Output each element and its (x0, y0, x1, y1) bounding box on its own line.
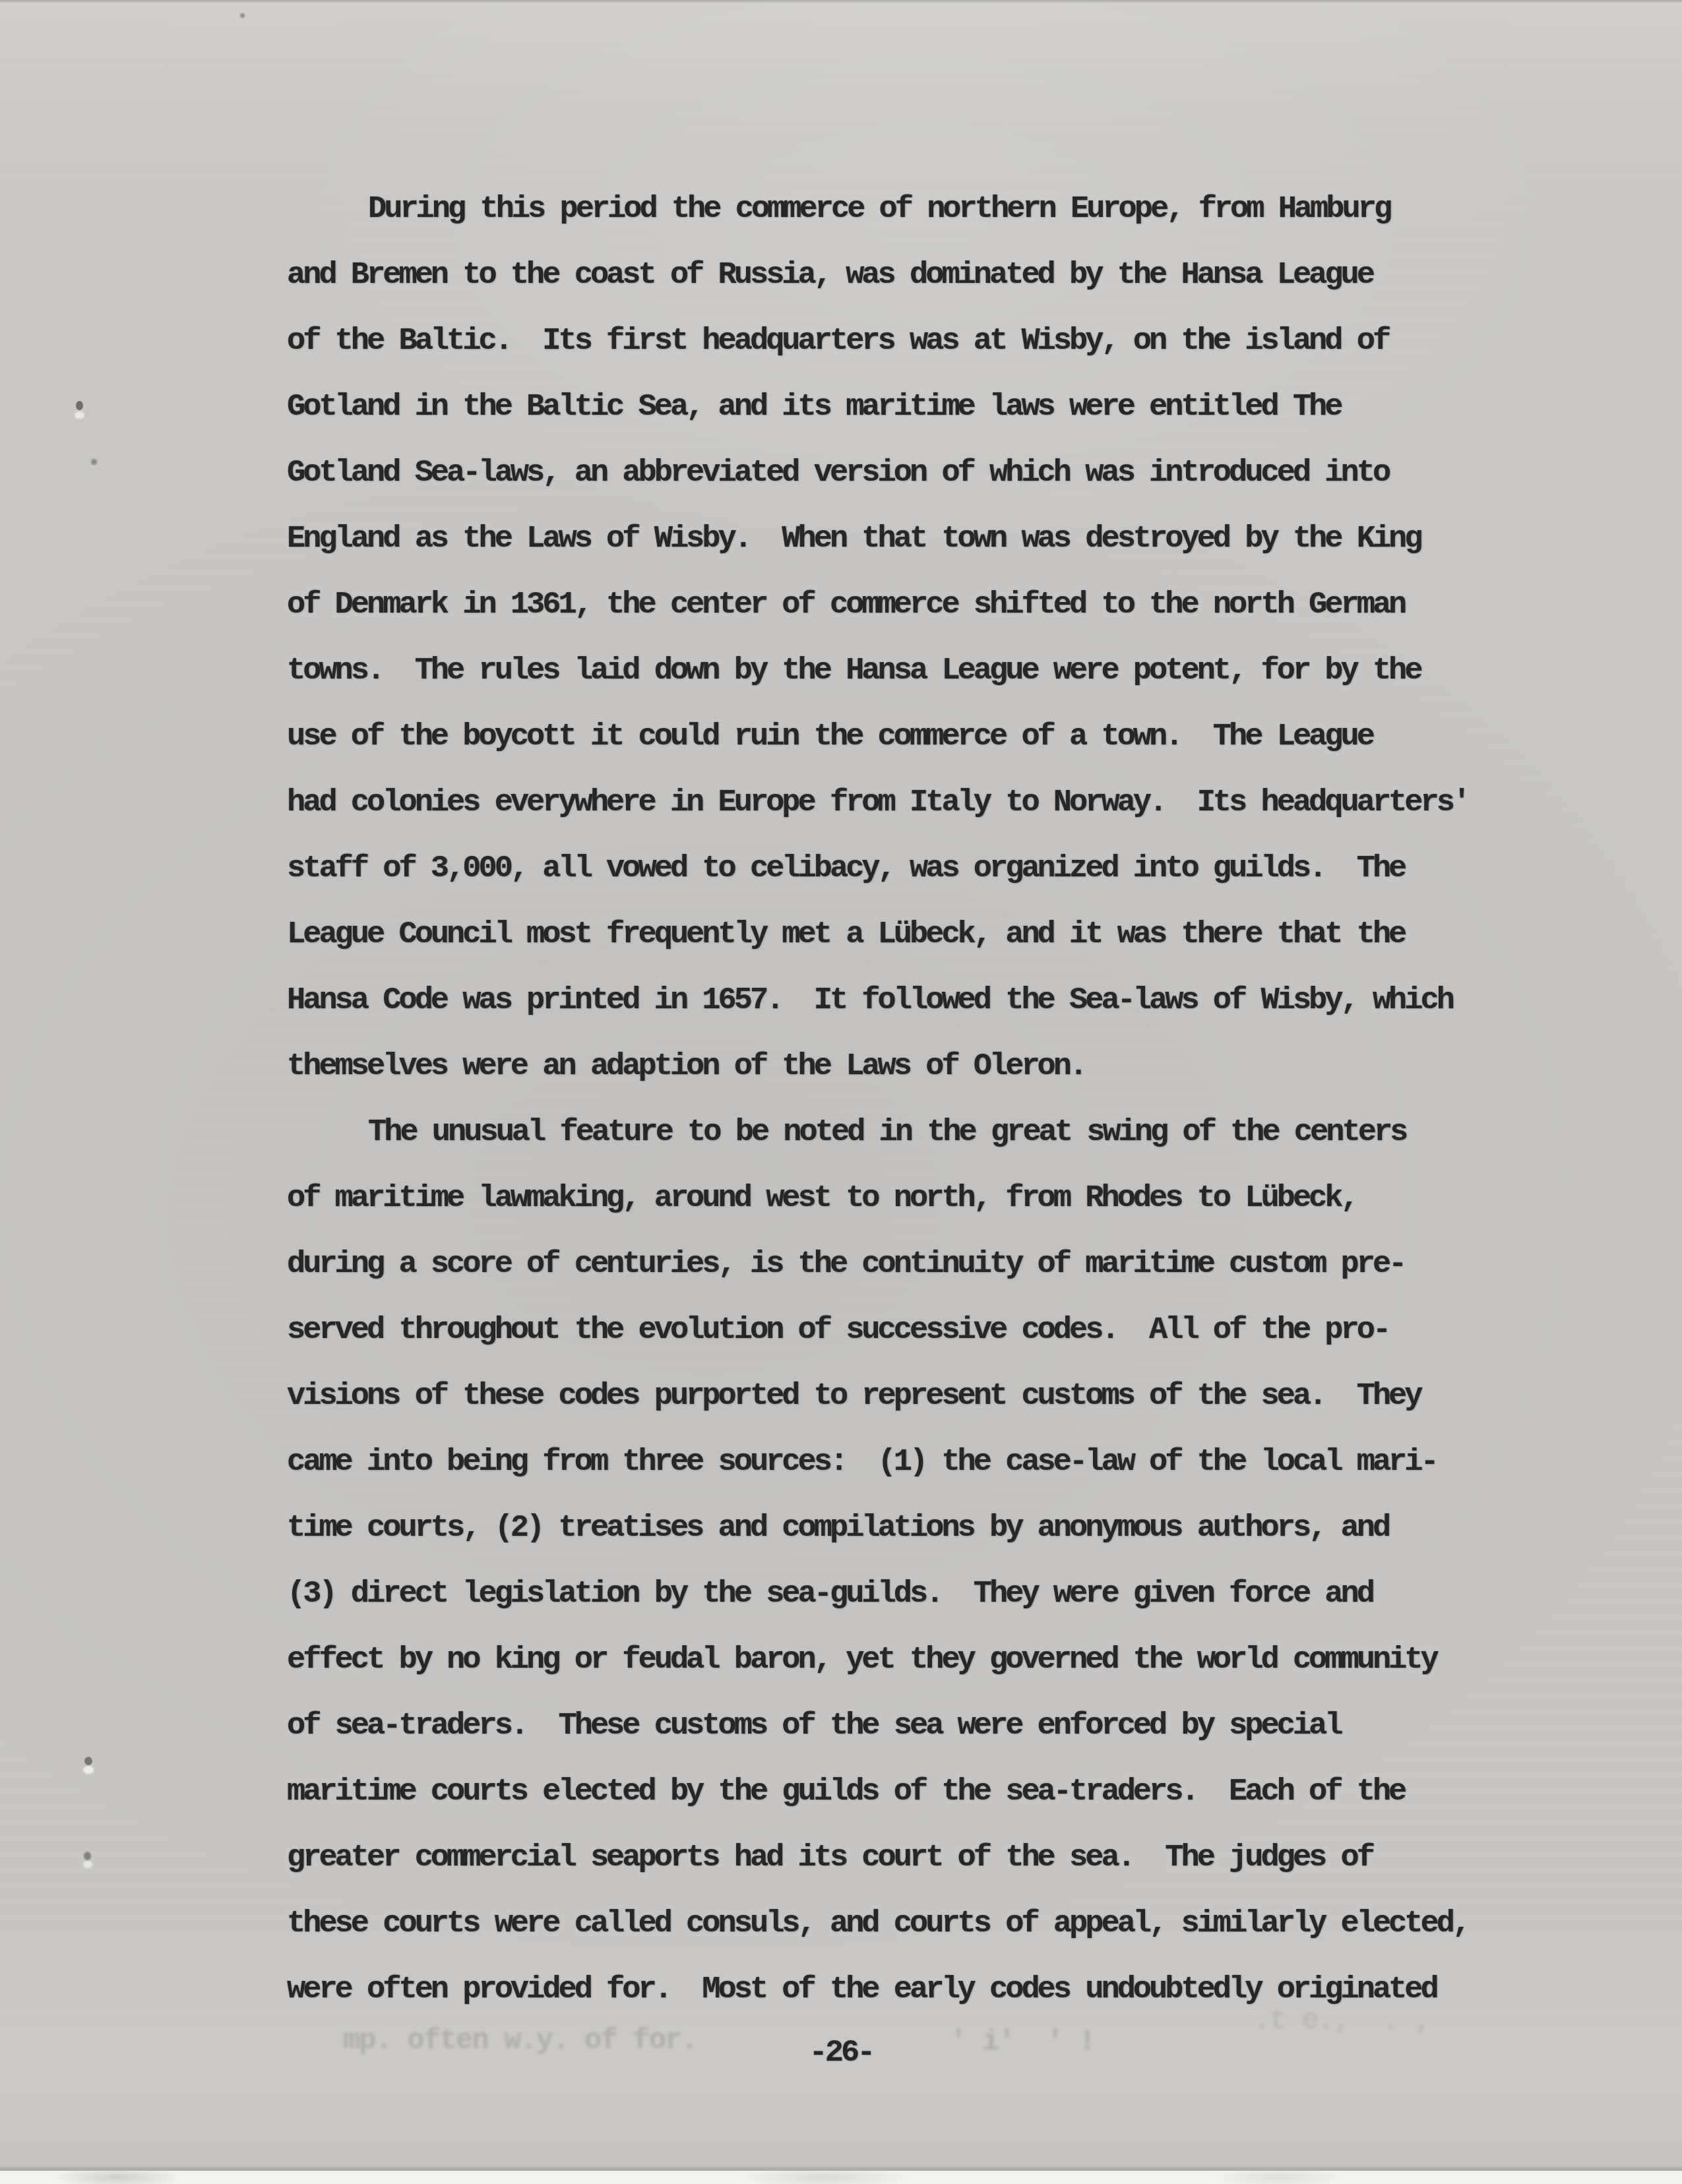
text-line: visions of these codes purported to repr… (287, 1364, 1487, 1430)
text-line: greater commercial seaports had its cour… (287, 1825, 1487, 1891)
paper-speck (84, 1852, 91, 1860)
text-line: effect by no king or feudal baron, yet t… (287, 1627, 1487, 1693)
paper-speck (83, 1766, 94, 1774)
text-line: maritime courts elected by the guilds of… (287, 1759, 1487, 1825)
text-line: towns. The rules laid down by the Hansa … (287, 638, 1487, 704)
text-line: of the Baltic. Its first headquarters wa… (287, 309, 1487, 375)
paper-speck (91, 459, 97, 465)
text-line: Gotland Sea-laws, an abbreviated version… (287, 440, 1487, 506)
bleed-through-mark: mp. often w.y. of for. (343, 2024, 697, 2057)
paper-speck (84, 1757, 92, 1765)
scanner-background-strip (0, 2171, 1682, 2184)
text-line: England as the Laws of Wisby. When that … (287, 506, 1487, 572)
text-line: and Bremen to the coast of Russia, was d… (287, 243, 1487, 309)
document-page: During this period the commerce of north… (0, 0, 1682, 2184)
paper-speck (83, 1861, 92, 1868)
text-line: had colonies everywhere in Europe from I… (287, 770, 1487, 836)
text-line: use of the boycott it could ruin the com… (287, 704, 1487, 770)
typewritten-text-block: During this period the commerce of north… (287, 177, 1487, 2086)
text-line: of sea-traders. These customs of the sea… (287, 1693, 1487, 1759)
text-line: these courts were called consuls, and co… (287, 1891, 1487, 1957)
paper-speck (75, 411, 84, 419)
bleed-through-mark: ' i' ' ! (950, 2026, 1095, 2059)
text-line: came into being from three sources: (1) … (287, 1430, 1487, 1496)
text-line: During this period the commerce of north… (287, 177, 1487, 243)
text-line: Gotland in the Baltic Sea, and its marit… (287, 375, 1487, 440)
text-line: staff of 3,000, all vowed to celibacy, w… (287, 836, 1487, 902)
text-line: Hansa Code was printed in 1657. It follo… (287, 968, 1487, 1034)
text-line: (3) direct legislation by the sea-guilds… (287, 1562, 1487, 1627)
text-line: League Council most frequently met a Lüb… (287, 902, 1487, 968)
text-line: of maritime lawmaking, around west to no… (287, 1166, 1487, 1232)
text-line: The unusual feature to be noted in the g… (287, 1100, 1487, 1166)
text-line: time courts, (2) treatises and compilati… (287, 1496, 1487, 1562)
text-line: during a score of centuries, is the cont… (287, 1232, 1487, 1298)
paper-speck (76, 401, 83, 410)
text-line: served throughout the evolution of succe… (287, 1298, 1487, 1364)
bleed-through-mark: .t e., . , (1253, 2005, 1430, 2038)
paper-bottom-edge (0, 2166, 1682, 2171)
text-line: themselves were an adaption of the Laws … (287, 1034, 1487, 1100)
paper-speck (240, 13, 245, 18)
scanner-top-edge (0, 0, 1682, 3)
text-line: of Denmark in 1361, the center of commer… (287, 572, 1487, 638)
